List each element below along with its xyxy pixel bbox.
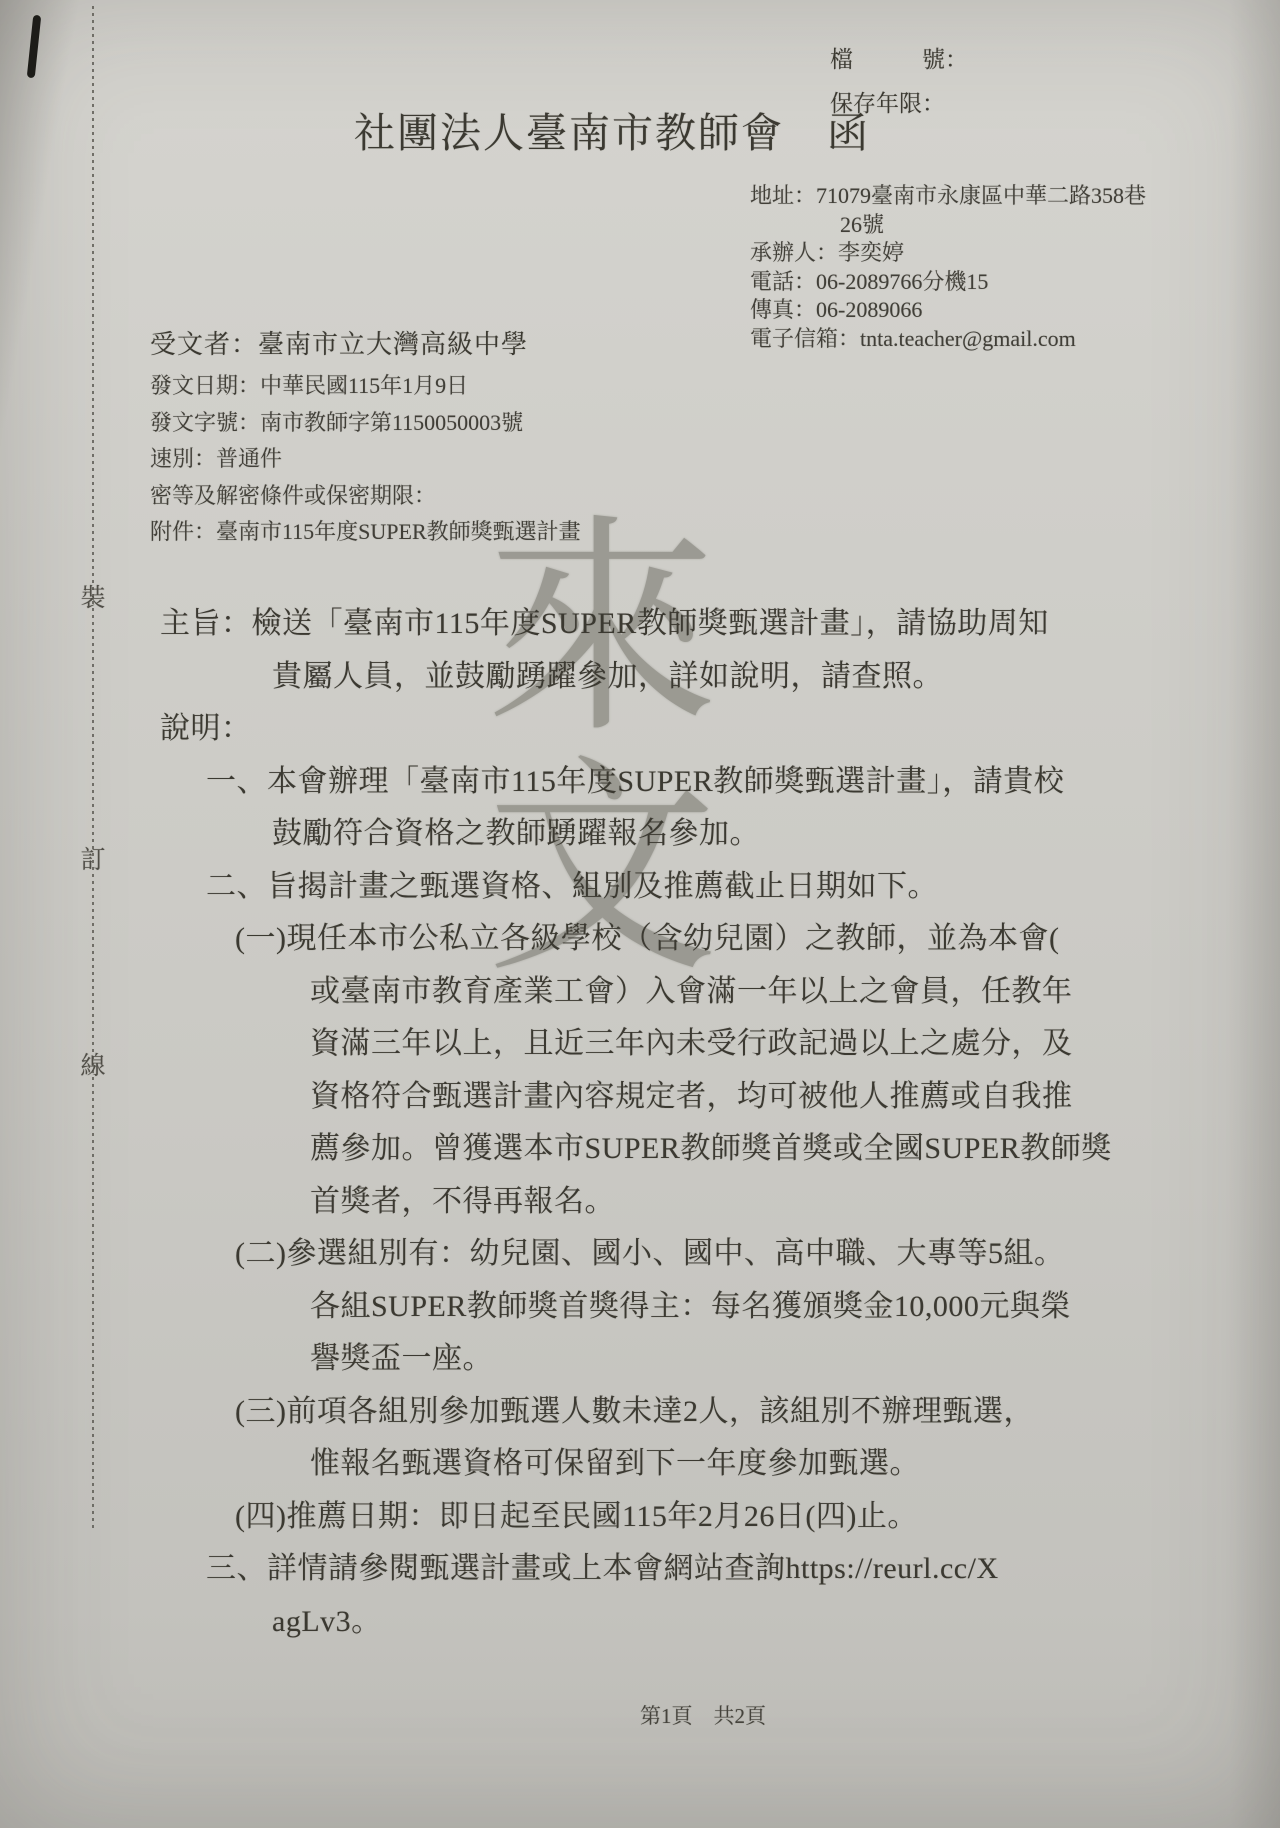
body-line: 譽獎盃一座。	[160, 1333, 1112, 1386]
body-line: 三、詳情請參閱甄選計畫或上本會網站查詢https://reurl.cc/X	[160, 1543, 1112, 1596]
body-line: 惟報名甄選資格可保留到下一年度參加甄選。	[160, 1438, 1112, 1491]
body-line: (四)推薦日期：即日起至民國115年2月26日(四)止。	[160, 1491, 1112, 1544]
body-block: 主旨：檢送「臺南市115年度SUPER教師獎甄選計畫」，請協助周知貴屬人員，並鼓…	[160, 598, 1112, 1648]
pen-mark-artifact	[27, 15, 42, 78]
dispatch-meta-line: 速別：普通件	[150, 441, 581, 478]
document-title: 社團法人臺南市教師會 函	[0, 100, 1252, 159]
binding-mark-ding: 訂	[79, 840, 107, 876]
contact-line: 電子信箱：tnta.teacher@gmail.com	[750, 325, 1146, 354]
body-line: 一、本會辦理「臺南市115年度SUPER教師獎甄選計畫」，請貴校	[160, 756, 1112, 809]
body-line: 薦參加。曾獲選本市SUPER教師獎首獎或全國SUPER教師獎	[160, 1123, 1112, 1176]
binding-mark-xian: 線	[79, 1046, 107, 1082]
body-line: 資滿三年以上，且近三年內未受行政記過以上之處分，及	[160, 1018, 1112, 1071]
dispatch-meta-line: 密等及解密條件或保密期限：	[150, 478, 581, 515]
contact-line: 電話：06-2089766分機15	[750, 268, 1146, 297]
body-line: 二、旨揭計畫之甄選資格、組別及推薦截止日期如下。	[160, 861, 1112, 914]
body-line: 說明：	[160, 703, 1112, 756]
file-number-label: 檔 號：	[830, 38, 968, 82]
body-line: (三)前項各組別參加甄選人數未達2人，該組別不辦理甄選，	[160, 1386, 1112, 1439]
body-line: 主旨：檢送「臺南市115年度SUPER教師獎甄選計畫」，請協助周知	[160, 598, 1112, 651]
contact-block: 地址：71079臺南市永康區中華二路358巷26號承辦人：李奕婷電話：06-20…	[750, 182, 1146, 353]
body-line: 或臺南市教育產業工會）入會滿一年以上之會員，任教年	[160, 966, 1112, 1019]
body-line: (二)參選組別有：幼兒園、國小、國中、高中職、大專等5組。	[160, 1228, 1112, 1281]
body-line: (一)現任本市公私立各級學校（含幼兒園）之教師，並為本會(	[160, 913, 1112, 966]
body-line: 各組SUPER教師獎首獎得主：每名獲頒獎金10,000元與榮	[160, 1281, 1112, 1334]
recipient-line: 受文者：臺南市立大灣高級中學	[150, 322, 581, 368]
body-line: 鼓勵符合資格之教師踴躍報名參加。	[160, 808, 1112, 861]
body-line: 資格符合甄選計畫內容規定者，均可被他人推薦或自我推	[160, 1071, 1112, 1124]
contact-line: 傳真：06-2089066	[750, 296, 1146, 325]
body-line: 首獎者，不得再報名。	[160, 1176, 1112, 1229]
binding-mark-zhuang: 裝	[79, 578, 107, 614]
contact-line: 26號	[750, 211, 1146, 240]
recipient-block: 受文者：臺南市立大灣高級中學 發文日期：中華民國115年1月9日發文字號：南市教…	[150, 322, 581, 551]
binding-dotted-line	[92, 6, 94, 1528]
body-line: 貴屬人員，並鼓勵踴躍參加，詳如說明，請查照。	[160, 651, 1112, 704]
contact-line: 地址：71079臺南市永康區中華二路358巷	[750, 182, 1146, 211]
page-footer: 第1頁 共2頁	[640, 1700, 766, 1730]
dispatch-meta-line: 附件：臺南市115年度SUPER教師獎甄選計畫	[150, 514, 581, 551]
dispatch-meta-line: 發文字號：南市教師字第1150050003號	[150, 405, 581, 442]
contact-line: 承辦人：李奕婷	[750, 239, 1146, 268]
dispatch-meta-line: 發文日期：中華民國115年1月9日	[150, 368, 581, 405]
scanned-official-letter: 裝 訂 線 來 文 檔 號： 保存年限： 社團法人臺南市教師會 函 地址：710…	[0, 0, 1280, 1828]
body-line: agLv3。	[160, 1596, 1112, 1649]
dispatch-meta-block: 發文日期：中華民國115年1月9日發文字號：南市教師字第1150050003號速…	[150, 368, 581, 551]
